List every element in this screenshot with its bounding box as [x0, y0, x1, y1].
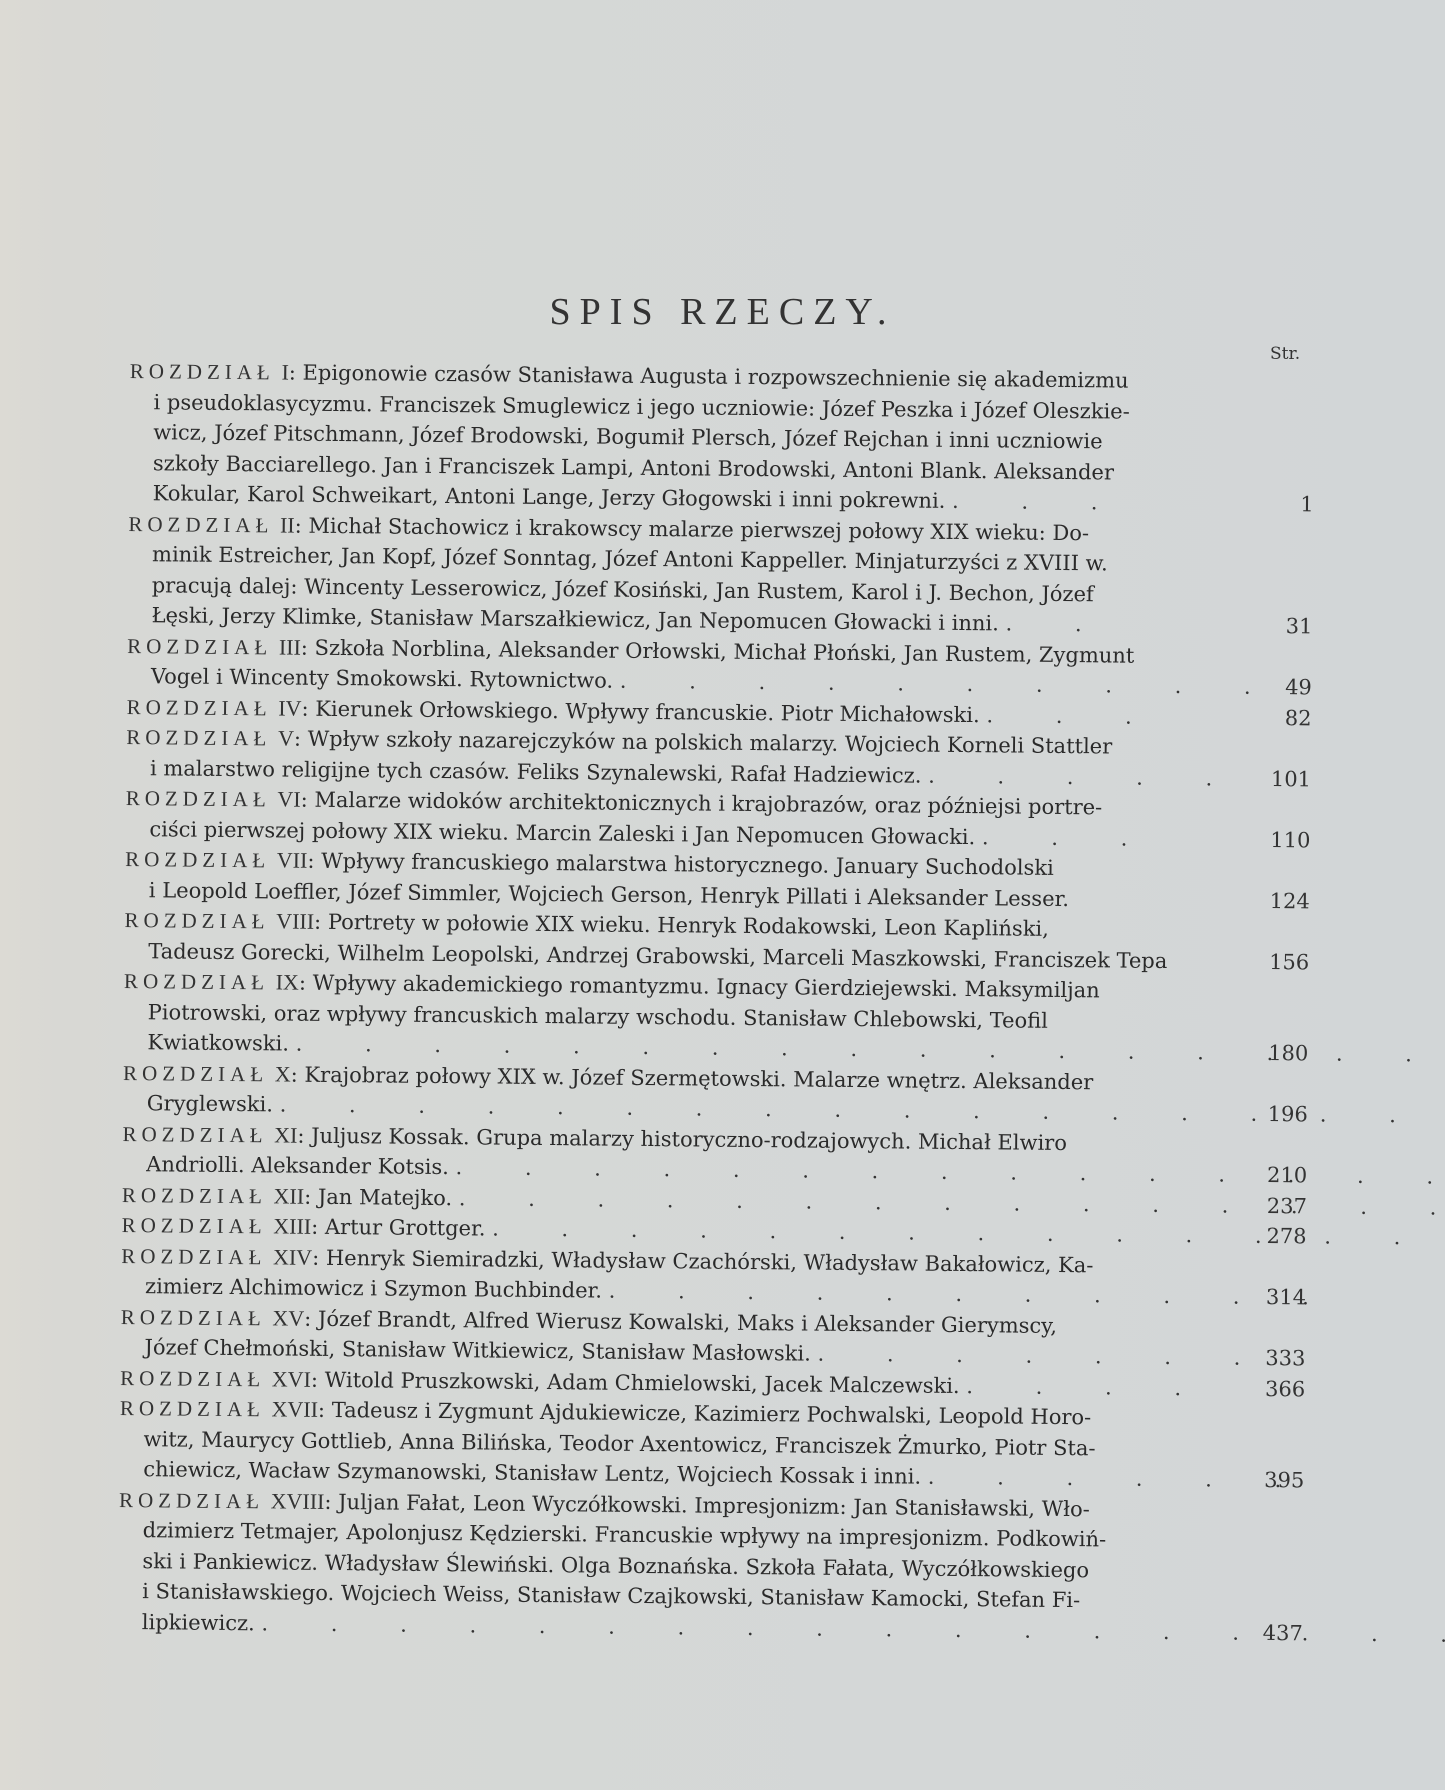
page-number: 1: [1243, 489, 1313, 520]
chapter-label: ROZDZIAŁ: [121, 1243, 266, 1268]
chapter-label: ROZDZIAŁ: [121, 1304, 266, 1329]
chapter-label: ROZDZIAŁ: [122, 1213, 267, 1238]
page-number: 101: [1241, 763, 1311, 794]
chapter-number: XIV: [273, 1244, 312, 1269]
toc-entry: ROZDZIAŁ XVIII: Juljan Fałat, Leon Wyczó…: [118, 1484, 1219, 1647]
chapter-description: Łęski, Jerzy Klimke, Stanisław Marszałki…: [151, 603, 999, 635]
page-column-label: Str.: [1270, 344, 1300, 364]
chapter-label: ROZDZIAŁ: [125, 847, 270, 872]
chapter-description: Juljan Fałat, Leon Wyczółkowski. Impresj…: [338, 1490, 1090, 1521]
chapter-label: ROZDZIAŁ: [120, 1396, 265, 1421]
table-of-contents: ROZDZIAŁ I: Epigonowie czasów Stanisława…: [118, 356, 1330, 1648]
chapter-number: VI: [277, 786, 300, 811]
page-number: 156: [1239, 946, 1309, 977]
chapter-description: Piotrowski, oraz wpływy francuskich mala…: [148, 1000, 1048, 1033]
chapter-description: Epigonowie czasów Stanisława Augusta i r…: [302, 361, 1128, 393]
chapter-number: XVIII: [271, 1488, 325, 1514]
toc-entry: ROZDZIAŁ XI: Juljusz Kossak. Grupa malar…: [122, 1118, 1223, 1190]
dot-leader: . .: [1005, 611, 1109, 636]
chapter-description: Malarze widoków architektonicznych i kra…: [314, 788, 1102, 820]
page-number: 196: [1238, 1099, 1308, 1130]
page-number: 437: [1233, 1617, 1303, 1648]
dot-leader: . . . .: [966, 1374, 1209, 1400]
dot-leader: . . .: [952, 489, 1126, 515]
page-number: 124: [1240, 885, 1310, 916]
chapter-label: ROZDZIAŁ: [119, 1487, 264, 1512]
chapter-number: XII: [274, 1183, 305, 1208]
toc-entry: ROZDZIAŁ II: Michał Stachowicz i krakows…: [127, 508, 1228, 641]
dot-leader: . . . . . . .: [817, 1342, 1268, 1370]
toc-entry: ROZDZIAŁ XV: Józef Brandt, Alfred Wierus…: [120, 1301, 1221, 1373]
chapter-description: minik Estreicher, Jan Kopf, Józef Sonnta…: [152, 542, 1108, 575]
page-number: 31: [1242, 611, 1312, 642]
chapter-description: Portrety w połowie XIX wieku. Henryk Rod…: [328, 910, 1049, 941]
chapter-label: ROZDZIAŁ: [120, 1365, 265, 1390]
page-title: SPIS RZECZY.: [0, 290, 1445, 334]
toc-entry: ROZDZIAŁ X: Krajobraz połowy XIX w. Józe…: [123, 1057, 1224, 1129]
chapter-description: zimierz Alchimowicz i Szymon Buchbinder.: [145, 1274, 602, 1302]
chapter-number: XIII: [273, 1213, 311, 1238]
chapter-number: XI: [274, 1122, 297, 1147]
page-number: 395: [1234, 1465, 1304, 1496]
chapter-description: lipkiewicz.: [142, 1610, 255, 1635]
page-number: 82: [1241, 702, 1311, 733]
page-number: 180: [1238, 1038, 1308, 1069]
page-number: 210: [1237, 1160, 1307, 1191]
page-number: 333: [1235, 1343, 1305, 1374]
chapter-label: ROZDZIAŁ: [128, 511, 273, 536]
chapter-number: XVII: [271, 1396, 318, 1421]
chapter-label: ROZDZIAŁ: [124, 908, 269, 933]
chapter-number: VII: [277, 847, 308, 872]
chapter-description: Artur Grottger.: [325, 1215, 486, 1241]
dot-leader: . . .: [986, 703, 1160, 729]
chapter-number: X: [275, 1061, 291, 1086]
chapter-label: ROZDZIAŁ: [126, 786, 271, 811]
toc-entry: ROZDZIAŁ XIV: Henryk Siemiradzki, Władys…: [121, 1240, 1222, 1312]
chapter-description: Andriolli. Aleksander Kotsis.: [146, 1152, 449, 1179]
page-number: 314: [1236, 1282, 1306, 1313]
page-number: 366: [1235, 1373, 1305, 1404]
chapter-description: Juljusz Kossak. Grupa malarzy historyczn…: [311, 1123, 1067, 1154]
chapter-number: VIII: [276, 908, 314, 933]
page-number: 237: [1237, 1190, 1307, 1221]
toc-entry: ROZDZIAŁ VI: Malarze widoków architekton…: [125, 783, 1226, 855]
page-number: 278: [1236, 1221, 1306, 1252]
chapter-label: ROZDZIAŁ: [122, 1121, 267, 1146]
toc-entry: ROZDZIAŁ XVII: Tadeusz i Zygmunt Ajdukie…: [119, 1393, 1220, 1495]
chapter-description: Kierunek Orłowskiego. Wpływy francuskie.…: [315, 696, 980, 726]
toc-entry: ROZDZIAŁ IX: Wpływy akademickiego romant…: [123, 966, 1224, 1068]
chapter-description: ciści pierwszej połowy XIX wieku. Marcin…: [149, 817, 975, 849]
chapter-description: Józef Chełmoński, Stanisław Witkiewicz, …: [144, 1335, 811, 1365]
page-number: 110: [1240, 824, 1310, 855]
toc-entry: ROZDZIAŁ I: Epigonowie czasów Stanisława…: [129, 356, 1230, 519]
chapter-description: wicz, Józef Pitschmann, Józef Brodowski,…: [153, 420, 1103, 453]
chapter-description: Szkoła Norblina, Aleksander Orłowski, Mi…: [315, 635, 1135, 667]
dot-leader: . . . . . . . . . .: [620, 669, 1279, 699]
chapter-label: ROZDZIAŁ: [124, 969, 269, 994]
book-page: SPIS RZECZY. Str. ROZDZIAŁ I: Epigonowie…: [0, 0, 1445, 1790]
chapter-number: XV: [272, 1305, 304, 1330]
chapter-description: Krajobraz połowy XIX w. Józef Szermętows…: [304, 1062, 1093, 1094]
chapter-number: XVI: [272, 1366, 311, 1391]
chapter-number: III: [279, 634, 301, 659]
chapter-description: dzimierz Tetmajer, Apolonjusz Kędzierski…: [143, 1518, 1107, 1551]
chapter-label: ROZDZIAŁ: [126, 725, 271, 750]
chapter-description: Wpływ szkoły nazarejczyków na polskich m…: [308, 727, 1113, 759]
chapter-description: i malarstwo religijne tych czasów. Felik…: [150, 756, 922, 787]
chapter-description: chiewicz, Wacław Szymanowski, Stanisław …: [143, 1457, 921, 1488]
toc-entry: ROZDZIAŁ V: Wpływ szkoły nazarejczyków n…: [126, 722, 1227, 794]
chapter-label: ROZDZIAŁ: [123, 1060, 268, 1085]
chapter-number: IV: [278, 695, 301, 720]
chapter-description: Tadeusz i Zygmunt Ajdukiewicze, Kazimier…: [332, 1398, 1092, 1429]
toc-entry: ROZDZIAŁ VIII: Portrety w połowie XIX wi…: [124, 905, 1225, 977]
chapter-description: Wpływy akademickiego romantyzmu. Ignacy …: [313, 971, 1100, 1003]
chapter-description: i Stanisławskiego. Wojciech Weiss, Stani…: [142, 1579, 1080, 1612]
chapter-label: ROZDZIAŁ: [127, 694, 272, 719]
chapter-label: ROZDZIAŁ: [130, 359, 275, 384]
dot-leader: . . . . . . . . . . .: [609, 1279, 1337, 1310]
chapter-description: Józef Brandt, Alfred Wierusz Kowalski, M…: [318, 1306, 1057, 1337]
chapter-label: ROZDZIAŁ: [122, 1182, 267, 1207]
page-number: 49: [1242, 672, 1312, 703]
chapter-description: Wpływy francuskiego malarstwa historyczn…: [321, 849, 1054, 880]
chapter-description: Kokular, Karol Schweikart, Antoni Lange,…: [153, 481, 946, 513]
toc-entry: ROZDZIAŁ III: Szkoła Norblina, Aleksande…: [127, 630, 1228, 702]
chapter-number: V: [278, 725, 294, 750]
chapter-label: ROZDZIAŁ: [127, 633, 272, 658]
chapter-description: Vogel i Wincenty Smokowski. Rytownictwo.: [151, 664, 613, 692]
chapter-number: I: [281, 359, 289, 384]
chapter-number: II: [280, 512, 295, 537]
chapter-description: Michał Stachowicz i krakowscy malarze pi…: [308, 513, 1089, 544]
chapter-description: Witold Pruszkowski, Adam Chmielowski, Ja…: [325, 1367, 960, 1397]
chapter-description: Kwiatkowski.: [147, 1030, 289, 1055]
chapter-description: Gryglewski.: [147, 1091, 273, 1116]
chapter-number: IX: [276, 969, 299, 994]
dot-leader: . . .: [982, 825, 1156, 851]
toc-entry: ROZDZIAŁ VII: Wpływy francuskiego malars…: [125, 844, 1226, 916]
chapter-description: Henryk Siemiradzki, Władysław Czachórski…: [326, 1245, 1094, 1276]
dot-leader: . . . . .: [928, 763, 1240, 790]
chapter-description: Jan Matejko.: [318, 1184, 452, 1209]
